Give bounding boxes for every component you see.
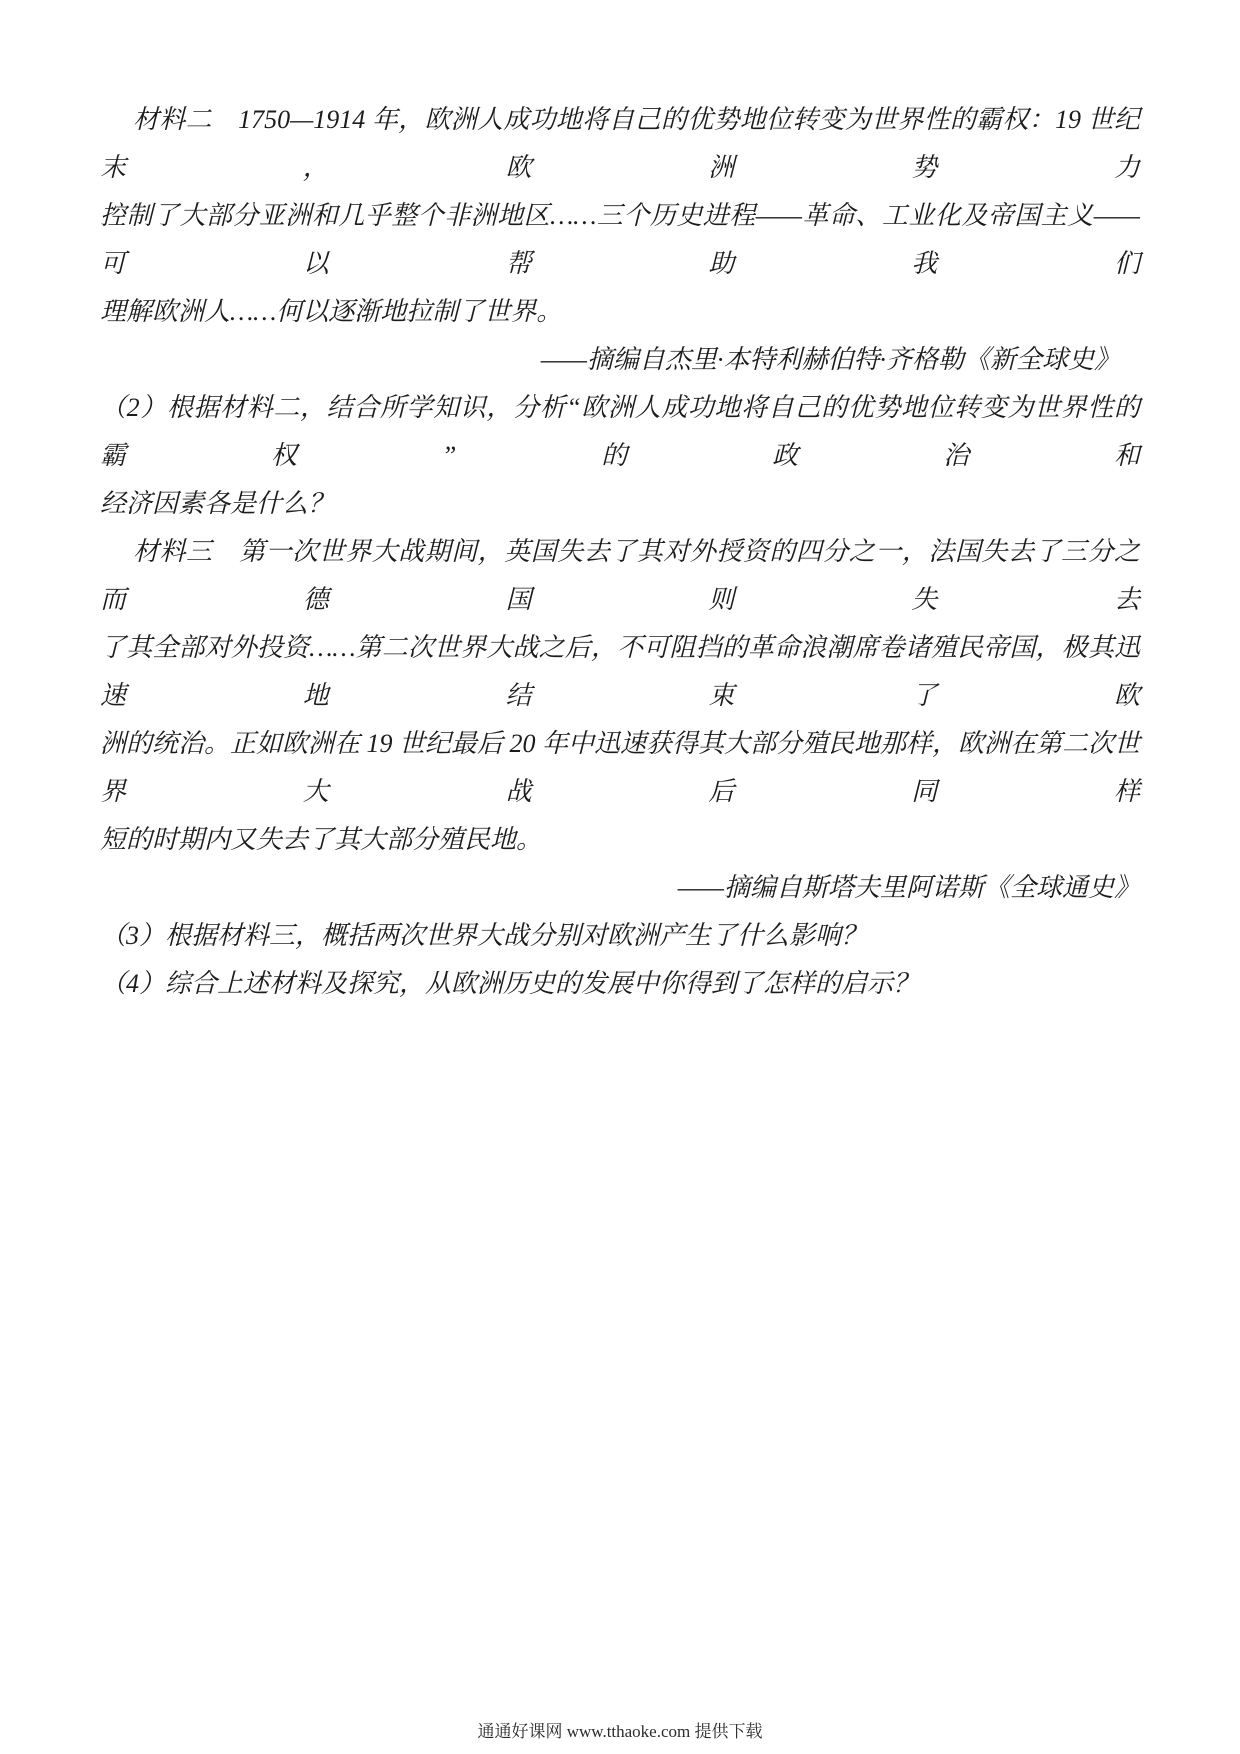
question-2-line-2: 经济因素各是什么？: [100, 480, 1140, 528]
material-2-line-1: 材料二 1750—1914 年，欧洲人成功地将自己的优势地位转变为世界性的霸权：…: [100, 96, 1140, 192]
material-2-line-2: 控制了大部分亚洲和几乎整个非洲地区……三个历史进程——革命、工业化及帝国主义——…: [100, 192, 1140, 288]
question-3: （3）根据材料三，概括两次世界大战分别对欧洲产生了什么影响？: [100, 912, 1140, 960]
document-page: 材料二 1750—1914 年，欧洲人成功地将自己的优势地位转变为世界性的霸权：…: [0, 0, 1240, 1754]
citation-global-general-history: ——摘编自斯塔夫里阿诺斯《全球通史》: [100, 864, 1140, 912]
citation-new-global-history: ——摘编自杰里·本特利赫伯特·齐格勒《新全球史》: [100, 336, 1140, 384]
material-3-line-4: 短的时期内又失去了其大部分殖民地。: [100, 816, 1140, 864]
material-2-line-3: 理解欧洲人……何以逐渐地拉制了世界。: [100, 288, 1140, 336]
material-3-line-3: 洲的统治。正如欧洲在 19 世纪最后 20 年中迅速获得其大部分殖民地那样，欧洲…: [100, 720, 1140, 816]
material-3-line-1: 材料三 第一次世界大战期间，英国失去了其对外授资的四分之一，法国失去了三分之而德…: [100, 528, 1140, 624]
question-2-line-1: （2）根据材料二，结合所学知识，分析“欧洲人成功地将自己的优势地位转变为世界性的…: [100, 384, 1140, 480]
material-3-line-2: 了其全部对外投资……第二次世界大战之后，不可阻挡的革命浪潮席卷诸殖民帝国，极其迅…: [100, 624, 1140, 720]
footer-text: 通通好课网 www.tthaoke.com 提供下载: [0, 1720, 1240, 1744]
question-4: （4）综合上述材料及探究，从欧洲历史的发展中你得到了怎样的启示？: [100, 960, 1140, 1008]
document-body: 材料二 1750—1914 年，欧洲人成功地将自己的优势地位转变为世界性的霸权：…: [100, 96, 1140, 1008]
